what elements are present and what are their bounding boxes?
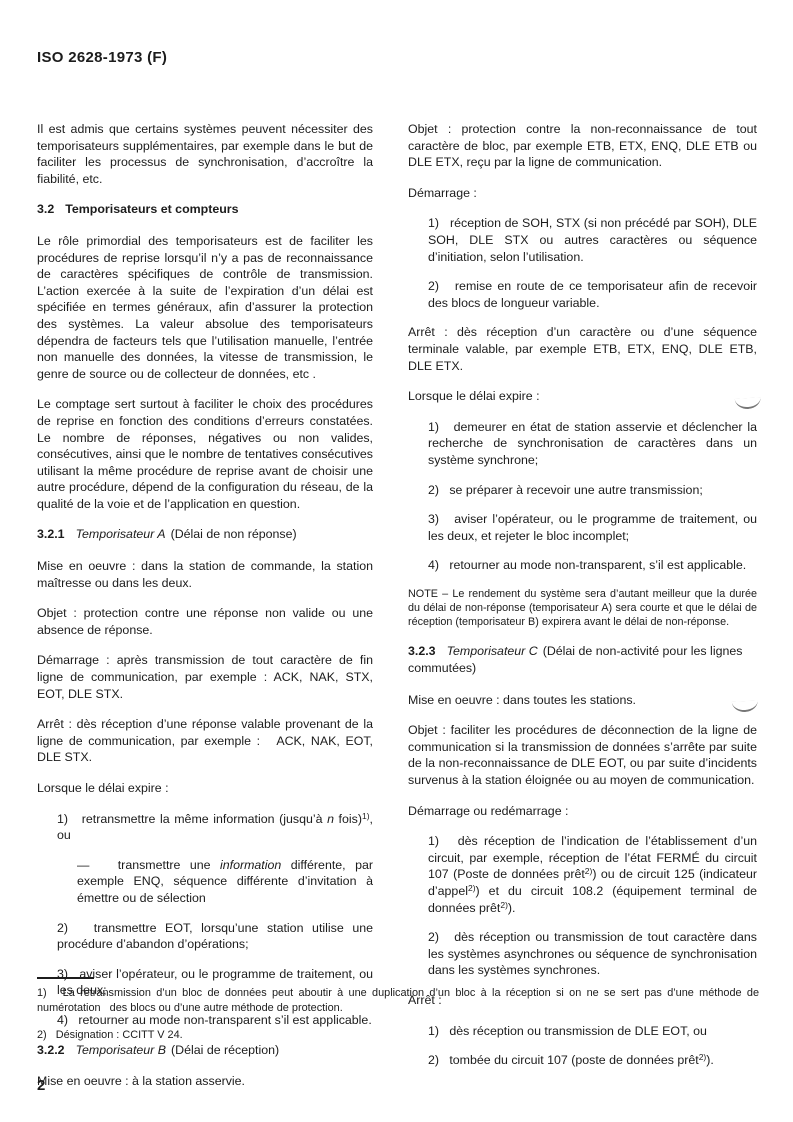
paragraph-objet-b: Objet : protection contre la non-reconna… <box>408 121 757 171</box>
footnote-marker-2: 2) <box>500 900 508 910</box>
right-column: Objet : protection contre la non-reconna… <box>408 121 757 1104</box>
two-column-body: Il est admis que certains systèmes peuve… <box>37 121 757 1104</box>
section-heading-3-2: 3.2Temporisateurs et compteurs <box>37 201 373 218</box>
section-title: Temporisateurs et compteurs <box>65 202 238 216</box>
section-title-italic: Temporisateur A <box>76 527 166 541</box>
list-item-text: ). <box>508 901 516 915</box>
footnotes-section: 1) La retransmission d’un bloc de donnée… <box>37 977 759 1056</box>
list-item: 2) transmettre EOT, lorsqu’une station u… <box>37 920 373 953</box>
list-item: 1) retransmettre la même information (ju… <box>37 811 373 844</box>
footnote-marker-1: 1) <box>362 811 370 821</box>
list-item: 1) dès réception de l’indication de l’ét… <box>408 833 757 916</box>
list-item-text: fois) <box>334 812 362 826</box>
list-item-text: — transmettre une <box>77 858 220 872</box>
list-item: 2) remise en route de ce temporisateur a… <box>408 278 757 311</box>
paragraph-mise-en-oeuvre-b: Mise en oeuvre : à la station asservie. <box>37 1073 373 1090</box>
page-number: 2 <box>37 1077 45 1094</box>
paragraph-role: Le rôle primordial des temporisateurs es… <box>37 233 373 382</box>
document-page: ISO 2628-1973 (F) Il est admis que certa… <box>0 0 793 1122</box>
paragraph-demarrage-a: Démarrage : après transmission de tout c… <box>37 652 373 702</box>
list-item: 2) dès réception ou transmission de tout… <box>408 929 757 979</box>
section-number: 3.2.3 <box>408 644 436 658</box>
list-item: 4) retourner au mode non-transparent, s’… <box>408 557 757 574</box>
italic-word: information <box>220 858 281 872</box>
paragraph-mise-en-oeuvre-c: Mise en oeuvre : dans toutes les station… <box>408 692 757 709</box>
note-paragraph: NOTE – Le rendement du système sera d’au… <box>408 587 757 630</box>
section-heading-3-2-3: 3.2.3Temporisateur C(Délai de non-activi… <box>408 643 757 676</box>
section-subtitle: (Délai de non réponse) <box>171 527 297 541</box>
footnote-marker-2: 2) <box>468 883 476 893</box>
list-item: 1) demeurer en état de station asservie … <box>408 419 757 469</box>
paragraph-expire-a: Lorsque le délai expire : <box>37 780 373 797</box>
footnote-divider <box>37 977 94 979</box>
paragraph-intro: Il est admis que certains systèmes peuve… <box>37 121 373 187</box>
list-item: 3) aviser l’opérateur, ou le programme d… <box>408 511 757 544</box>
list-item: 1) réception de SOH, STX (si non précédé… <box>408 215 757 265</box>
paragraph-objet-c: Objet : faciliter les procédures de déco… <box>408 722 757 788</box>
list-item-text: 1) retransmettre la même information (ju… <box>57 812 327 826</box>
paragraph-comptage: Le comptage sert surtout à faciliter le … <box>37 396 373 512</box>
paragraph-redemarrage-label: Démarrage ou redémarrage : <box>408 803 757 820</box>
footnote-2: 2) Désignation : CCITT V 24. <box>37 1028 759 1043</box>
left-column: Il est admis que certains systèmes peuve… <box>37 121 373 1104</box>
paragraph-expire-b: Lorsque le délai expire : <box>408 388 757 405</box>
section-number: 3.2 <box>37 202 54 216</box>
list-item-dash: — transmettre une information différente… <box>37 857 373 907</box>
footnote-1: 1) La retransmission d’un bloc de donnée… <box>37 986 759 1015</box>
list-item: 2) se préparer à recevoir une autre tran… <box>408 482 757 499</box>
section-heading-3-2-1: 3.2.1Temporisateur A(Délai de non répons… <box>37 526 373 543</box>
section-title-italic: Temporisateur C <box>447 644 538 658</box>
paragraph-objet-a: Objet : protection contre une réponse no… <box>37 605 373 638</box>
paragraph-arret-b: Arrêt : dès réception d’un caractère ou … <box>408 324 757 374</box>
document-reference-header: ISO 2628-1973 (F) <box>37 49 167 66</box>
paragraph-arret-a: Arrêt : dès réception d’une réponse vala… <box>37 716 373 766</box>
paragraph-mise-en-oeuvre-a: Mise en oeuvre : dans la station de comm… <box>37 558 373 591</box>
italic-n: n <box>327 812 334 826</box>
list-item-text: ) et du circuit 108.2 (équipement termin… <box>428 884 757 915</box>
paragraph-demarrage-b-label: Démarrage : <box>408 185 757 202</box>
section-number: 3.2.1 <box>37 527 65 541</box>
